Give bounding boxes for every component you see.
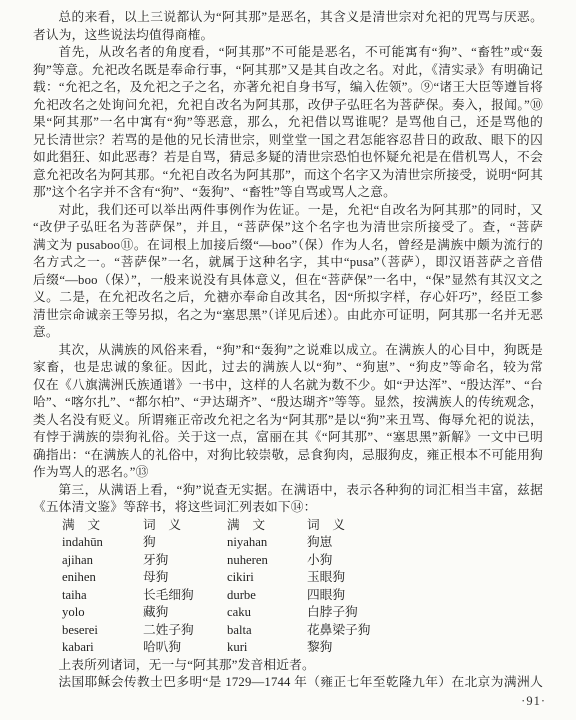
word-meaning: 玉眼狗 [307, 569, 543, 587]
manchu-word: caku [227, 604, 307, 622]
table-row: indahūn狗niyahan狗崽 [62, 534, 543, 552]
text-line: 总的来看，以上三说都认为“阿其那”是恶名，其含义是清世宗对允祀的咒骂与厌恶。笔 [33, 9, 543, 27]
text-line: 对此，我们还可以举出两件事例作为佐证。一是，允祀“自改名为阿其那”的同时，又 [33, 202, 543, 220]
text-line: “改伊子弘旺名为菩萨保”，并且，“菩萨保”这个名字也为清世宗所接受了。查，“菩萨… [33, 219, 543, 237]
page-number: ·91· [521, 694, 546, 709]
manchu-word: beserei [62, 622, 143, 640]
word-meaning: 长毛细狗 [143, 587, 227, 605]
manchu-word: enihen [62, 569, 143, 587]
text-line: 《五体清文鉴》等辞书，将这些词汇列表如下⑭： [33, 499, 543, 517]
word-meaning: 二姓子狗 [143, 622, 227, 640]
text-line: 确指出：“在满族人的礼俗中，对狗比较崇敬，忌食狗肉，忌服狗皮，雍正根本不可能用狗… [33, 447, 543, 465]
text-line: 第三，从满语上看，“狗”说查无实据。在满语中，表示各种狗的词汇相当丰富，兹据 [33, 482, 543, 500]
text-line: 后缀“—boo（保）”，一般来说没有具体意义，但在“菩萨保”一名中，“保”显然有… [33, 272, 543, 290]
manchu-word: cikiri [227, 569, 307, 587]
text-line: 家畜，也是忠诚的象征。因此，过去的满族人以“狗”、“狗崽”、“狗皮”等命名，较为… [33, 359, 543, 377]
word-meaning: 藏狗 [143, 604, 227, 622]
word-meaning: 黎狗 [307, 639, 543, 657]
column-header: 满 文 [62, 517, 143, 535]
word-meaning: 母狗 [143, 569, 227, 587]
word-meaning: 小狗 [307, 552, 543, 570]
column-header: 词 义 [143, 517, 227, 535]
text-line: 哈”、“喀尔扎”、“都尔柏”、“尹达瑚齐”、“殷达瑚齐”等等。显然，按满族人的传… [33, 394, 543, 412]
text-line: 者认为，这些说法均值得商榷。 [33, 27, 543, 45]
text-line: 法国耶稣会传教士巴多明“是 1729—1744 年（雍正七年至乾隆九年）在北京为… [33, 674, 543, 692]
book-page: 总的来看，以上三说都认为“阿其那”是恶名，其含义是清世宗对允祀的咒骂与厌恶。笔者… [0, 0, 576, 720]
manchu-word: yolo [62, 604, 143, 622]
word-meaning: 狗崽 [307, 534, 543, 552]
manchu-word: balta [227, 622, 307, 640]
manchu-word: kabari [62, 639, 143, 657]
column-header: 词 义 [307, 517, 543, 535]
text-line: 其次，从满族的风俗来看，“狗”和“轰狗”之说难以成立。在满族人的心目中，狗既是 [33, 342, 543, 360]
text-line: 清世宗命诚亲王等另拟，名之为“塞思黑”（详见后述）。由此亦可证明，阿其那一名并无… [33, 307, 543, 325]
text-line: 如此猖狂、如此恶毒？若是自骂，猜忌多疑的清世宗恐怕也怀疑允祀是在借机骂人，不会同 [33, 149, 543, 167]
table-header-row: 满 文词 义满 文词 义 [62, 517, 543, 535]
column-header: 满 文 [227, 517, 307, 535]
text-line: 那”这个名字并不含有“狗”、“轰狗”、“畜牲”等自骂或骂人之意。 [33, 184, 543, 202]
table-row: beserei二姓子狗balta花鼻梁子狗 [62, 622, 543, 640]
text-line: 类人名没有贬义。所谓雍正帝改允祀之名为“阿其那”是以“狗”来丑骂、侮辱允祀的说法… [33, 412, 543, 430]
manchu-word: niyahan [227, 534, 307, 552]
text-line: 意。 [33, 324, 543, 342]
table-row: taiha长毛细狗durbe四眼狗 [62, 587, 543, 605]
manchu-word: ajihan [62, 552, 143, 570]
table-row: yolo藏狗caku白脖子狗 [62, 604, 543, 622]
table-row: enihen母狗cikiri玉眼狗 [62, 569, 543, 587]
manchu-word: kuri [227, 639, 307, 657]
word-meaning: 狗 [143, 534, 227, 552]
text-line: 作为骂人的恶名。”⑬ [33, 464, 543, 482]
text-line: 上表所列诸词，无一与“阿其那”发音相近者。 [33, 657, 543, 675]
table-row: kabari哈叭狗kuri黎狗 [62, 639, 543, 657]
word-meaning: 白脖子狗 [307, 604, 543, 622]
manchu-word: nuheren [227, 552, 307, 570]
text-line: 狗”等意。允祀改名既是奉命行事，“阿其那”又是其自改之名。对此，《清实录》有明确… [33, 62, 543, 80]
manchu-word: indahūn [62, 534, 143, 552]
text-line: 果“阿其那”一名中寓有“狗”等恶意，那么，允祀借以骂谁呢？是骂他自己，还是骂他的 [33, 114, 543, 132]
word-meaning: 哈叭狗 [143, 639, 227, 657]
text-line: 兄长清世宗？若骂的是他的兄长清世宗，则堂堂一国之君怎能容忍昔日的政敌、眼下的囚犯 [33, 132, 543, 150]
manchu-word: taiha [62, 587, 143, 605]
manchu-word: durbe [227, 587, 307, 605]
word-meaning: 花鼻梁子狗 [307, 622, 543, 640]
text-line: 有悖于满族的崇狗礼俗。关于这一点，富丽在其《“阿其那”、“塞思黑”新解》一文中已… [33, 429, 543, 447]
text-line: 载：“允祀之名，及允祀之子之名，亦著允祀自身书写，编入佐领”。⑨“诸王大臣等遵旨… [33, 79, 543, 97]
text-line: 满文为 pusaboo⑪。在词根上加接后缀“—boo”（保）作为人名，曾经是满族… [33, 237, 543, 255]
word-meaning: 牙狗 [143, 552, 227, 570]
table-row: ajihan牙狗nuheren小狗 [62, 552, 543, 570]
text-line: 允祀改名之处询问允祀，允祀自改名为阿其那，改伊子弘旺名为菩萨保。奏入，报闻。”⑩… [33, 97, 543, 115]
text-line: 仅在《八旗满洲氏族通谱》一书中，这样的人名就为数不少。如“尹达浑”、“殷达浑”、… [33, 377, 543, 395]
word-meaning: 四眼狗 [307, 587, 543, 605]
dog-words-table: 满 文词 义满 文词 义indahūn狗niyahan狗崽ajihan牙狗nuh… [33, 517, 543, 657]
document-body: 总的来看，以上三说都认为“阿其那”是恶名，其含义是清世宗对允祀的咒骂与厌恶。笔者… [33, 9, 543, 692]
text-line: 意允祀改名为阿其那。“允祀自改名为阿其那”，而这个名字又为清世宗所接受，说明“阿… [33, 167, 543, 185]
text-line: 义。二是，在允祀改名之后，允禟亦奉命自改其名，因“所拟字样，存心奸巧”，经臣工参… [33, 289, 543, 307]
text-line: 首先，从改名者的角度看，“阿其那”不可能是恶名，不可能寓有“狗”、“畜牲”或“轰 [33, 44, 543, 62]
text-line: 名方式之一。“菩萨保”一名，就属于这种名字，其中“pusa”（菩萨），即汉语菩萨… [33, 254, 543, 272]
